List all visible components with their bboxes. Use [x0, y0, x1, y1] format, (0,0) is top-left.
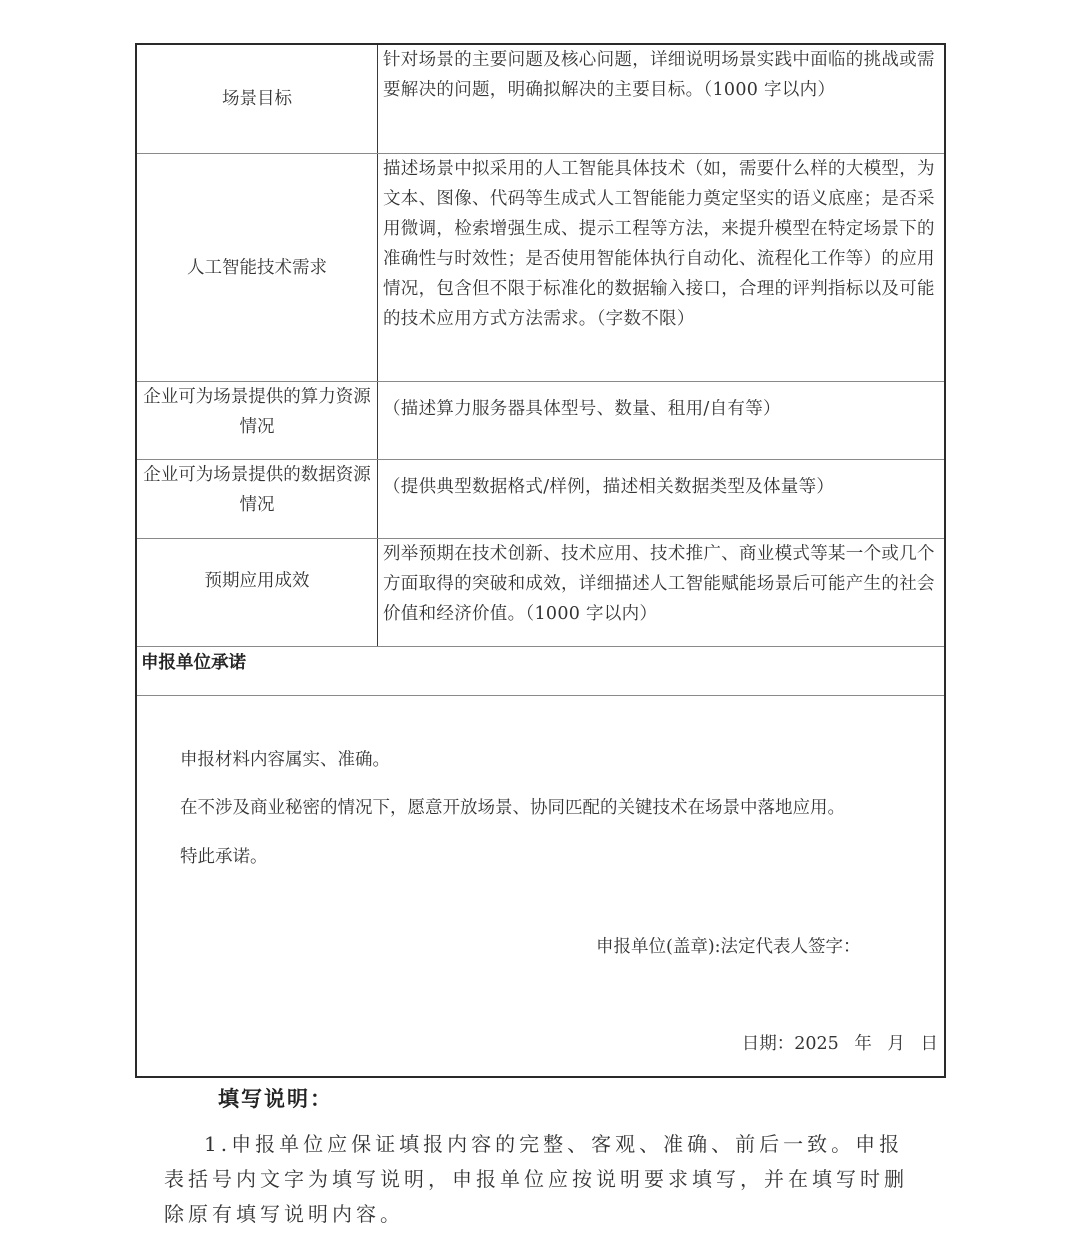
- row-label: 场景目标: [137, 45, 378, 153]
- notes-title: 填写说明：: [218, 1083, 333, 1113]
- notes-item-1: 1.申报单位应保证填报内容的完整、客观、准确、前后一致。申报表括号内文字为填写说…: [164, 1127, 924, 1232]
- table-row-expected-outcomes: 预期应用成效 列举预期在技术创新、技术应用、技术推广、商业模式等某一个或几个方面…: [137, 539, 944, 647]
- row-content[interactable]: 针对场景的主要问题及核心问题，详细说明场景实践中面临的挑战或需要解决的问题，明确…: [379, 45, 944, 153]
- table-row-pledge-heading: 申报单位承诺: [137, 647, 944, 696]
- pledge-heading: 申报单位承诺: [141, 649, 246, 674]
- pledge-line-hereby: 特此承诺。: [180, 843, 268, 868]
- row-content[interactable]: 描述场景中拟采用的人工智能具体技术（如，需要什么样的大模型，为文本、图像、代码等…: [379, 154, 944, 381]
- row-label: 预期应用成效: [137, 539, 378, 646]
- row-content[interactable]: （描述算力服务器具体型号、数量、租用/自有等）: [379, 382, 944, 459]
- table-row-ai-tech-requirements: 人工智能技术需求 描述场景中拟采用的人工智能具体技术（如，需要什么样的大模型，为…: [137, 154, 944, 382]
- table-row-scenario-goal: 场景目标 针对场景的主要问题及核心问题，详细说明场景实践中面临的挑战或需要解决的…: [137, 45, 944, 154]
- row-content[interactable]: 列举预期在技术创新、技术应用、技术推广、商业模式等某一个或几个方面取得的突破和成…: [379, 539, 944, 646]
- row-content[interactable]: （提供典型数据格式/样例，描述相关数据类型及体量等）: [379, 460, 944, 538]
- row-label: 人工智能技术需求: [137, 154, 378, 381]
- signature-line[interactable]: 申报单位(盖章):法定代表人签字：: [596, 933, 861, 958]
- row-label: 企业可为场景提供的数据资源情况: [137, 460, 378, 538]
- date-line[interactable]: 日期：2025 年 月 日: [742, 1030, 938, 1055]
- application-form-table: 场景目标 针对场景的主要问题及核心问题，详细说明场景实践中面临的挑战或需要解决的…: [135, 43, 946, 1078]
- pledge-line-open-scenario: 在不涉及商业秘密的情况下，愿意开放场景、协同匹配的关键技术在场景中落地应用。: [180, 794, 845, 819]
- table-row-data-resources: 企业可为场景提供的数据资源情况 （提供典型数据格式/样例，描述相关数据类型及体量…: [137, 460, 944, 539]
- pledge-line-accuracy: 申报材料内容属实、准确。: [180, 746, 390, 771]
- row-label: 企业可为场景提供的算力资源情况: [137, 382, 378, 459]
- table-row-compute-resources: 企业可为场景提供的算力资源情况 （描述算力服务器具体型号、数量、租用/自有等）: [137, 382, 944, 460]
